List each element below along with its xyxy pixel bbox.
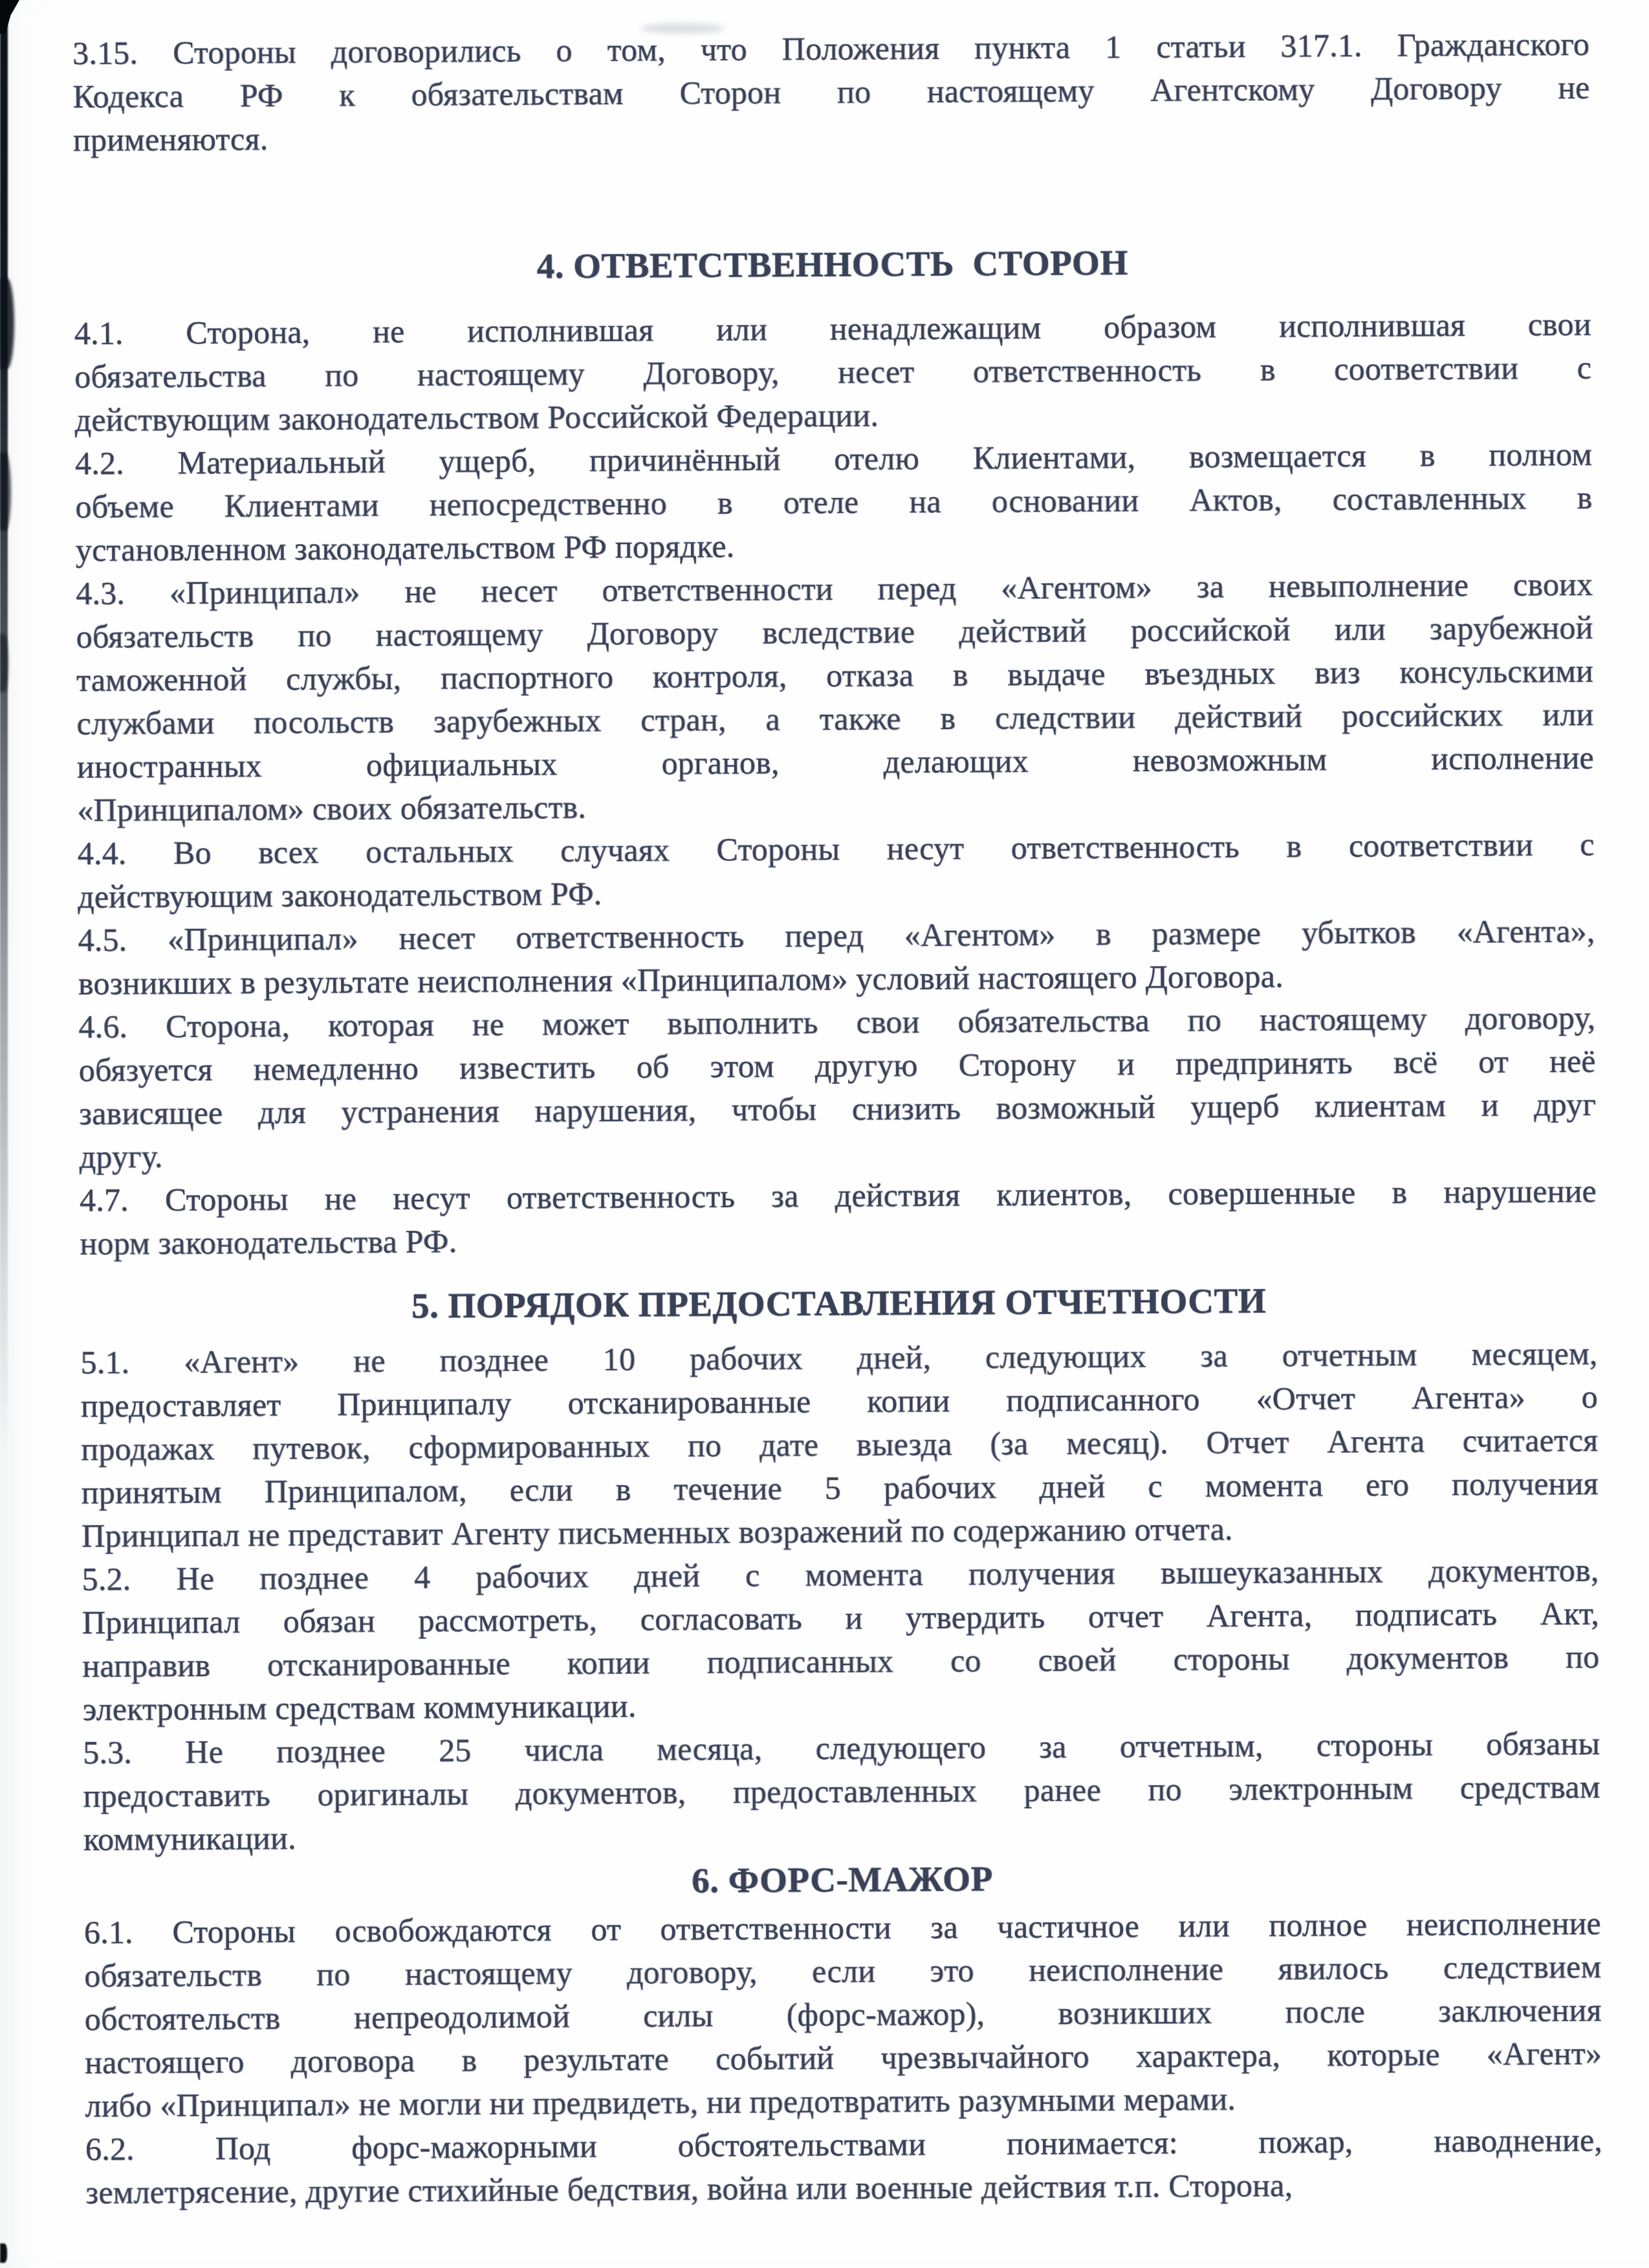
paragraph: 6.1. Стороны освобождаются от ответствен…	[84, 1902, 1602, 2128]
section-heading: 5. ПОРЯДОК ПРЕДОСТАВЛЕНИЯ ОТЧЕТНОСТИ	[80, 1276, 1597, 1331]
scan-edge-strip	[0, 0, 8, 1456]
text-line: 4.4. Во всех остальных случаях Стороны н…	[78, 823, 1595, 875]
text-line: землетрясение, другие стихийные бедствия…	[85, 2162, 1602, 2214]
text-line: 4.5. «Принципал» несет ответственность п…	[78, 910, 1595, 962]
document-page: 3.15. Стороны договорились о том, что По…	[0, 0, 1649, 2268]
scan-edge-blob	[0, 278, 14, 369]
text-line: настоящего договора в результате событий…	[85, 2032, 1602, 2084]
text-line: Кодекса РФ к обязательствам Сторон по на…	[72, 66, 1589, 118]
paragraph: 3.15. Стороны договорились о том, что По…	[72, 23, 1590, 162]
text-line: предоставить оригиналы документов, предо…	[83, 1765, 1600, 1818]
text-line: объеме Клиентами непосредственно в отеле…	[75, 476, 1592, 529]
scan-edge-blob	[0, 453, 11, 530]
text-line: иностранных официальных органов, делающи…	[77, 736, 1594, 789]
scan-edge-blob	[0, 634, 8, 692]
paragraph: 6.2. Под форс-мажорными обстоятельствами…	[85, 2119, 1603, 2214]
section-heading: 6. ФОРС-МАЖОР	[83, 1852, 1600, 1908]
scan-corner-mark	[0, 0, 19, 34]
text-line: 6.2. Под форс-мажорными обстоятельствами…	[85, 2119, 1602, 2171]
document-content: 3.15. Стороны договорились о том, что По…	[72, 23, 1603, 2214]
text-line: обязательства по настоящему Договору, не…	[74, 346, 1591, 398]
paragraph: 5.1. «Агент» не позднее 10 рабочих дней,…	[80, 1332, 1599, 1558]
text-line: зависящее для устранения нарушения, чтоб…	[79, 1083, 1596, 1135]
section-heading: 4. ОТВЕТСТВЕННОСТЬ СТОРОН	[74, 237, 1591, 292]
paragraph: 4.5. «Принципал» несет ответственность п…	[78, 910, 1595, 1005]
text-line: принятым Принципалом, если в течение 5 р…	[82, 1462, 1599, 1514]
paragraph: 5.3. Не позднее 25 числа месяца, следующ…	[83, 1722, 1600, 1861]
paragraph: 4.2. Материальный ущерб, причинённый оте…	[75, 433, 1593, 572]
paragraph: 4.6. Сторона, которая не может выполнить…	[78, 996, 1597, 1179]
text-line: норм законодательства РФ.	[80, 1213, 1597, 1265]
scan-bottom-edge-mark	[0, 2243, 7, 2263]
text-line: 4.7. Стороны не несут ответственность за…	[80, 1170, 1597, 1222]
text-line: направив отсканированные копии подписанн…	[82, 1635, 1599, 1688]
paragraph: 4.3. «Принципал» не несет ответственност…	[76, 563, 1594, 832]
paragraph: 4.7. Стороны не несут ответственность за…	[80, 1170, 1597, 1265]
paragraph: 4.4. Во всех остальных случаях Стороны н…	[78, 823, 1595, 919]
paragraph: 5.2. Не позднее 4 рабочих дней с момента…	[82, 1549, 1600, 1731]
paragraph: 4.1. Сторона, не исполнившая или ненадле…	[74, 303, 1592, 442]
text-line: применяются.	[73, 109, 1590, 162]
